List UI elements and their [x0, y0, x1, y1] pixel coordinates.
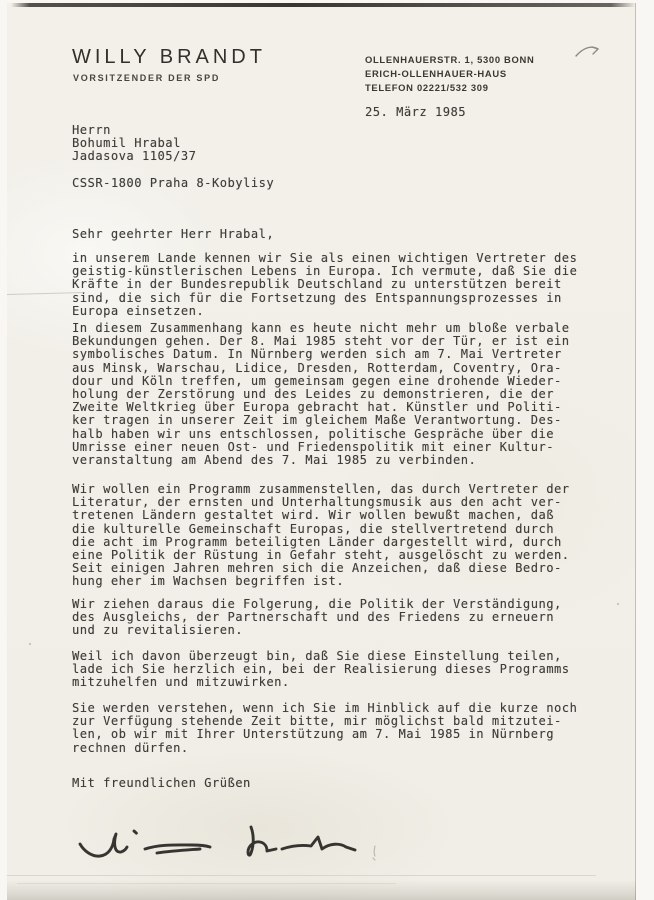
pencil-small-mark [370, 845, 380, 861]
pencil-corner-mark [573, 39, 605, 65]
paper-right-edge-line [635, 3, 636, 900]
scan-speck [29, 643, 31, 645]
scanned-letter: WILLY BRANDT VORSITZENDER DER SPD OLLENH… [0, 0, 654, 900]
closing-salutation: Mit freundlichen Grüßen [72, 777, 251, 790]
body-paragraph-3: Wir wollen ein Programm zusammenstellen,… [72, 483, 570, 589]
letter-paper: WILLY BRANDT VORSITZENDER DER SPD OLLENH… [7, 3, 636, 900]
scan-speck [617, 603, 619, 605]
sender-address-line1: OLLENHAUERSTR. 1, 5300 BONN [365, 54, 534, 65]
sender-address-line2: ERICH-OLLENHAUER-HAUS [365, 68, 507, 79]
fold-crease-bottom-2 [17, 883, 396, 884]
recipient-city: CSSR-1800 Praha 8-Kobylisy [72, 177, 274, 190]
sender-title: VORSITZENDER DER SPD [73, 73, 220, 83]
salutation: Sehr geehrter Herr Hrabal, [72, 228, 274, 241]
sender-address-block: OLLENHAUERSTR. 1, 5300 BONNERICH-OLLENHA… [365, 53, 534, 95]
body-paragraph-5: Weil ich davon überzeugt bin, daß Sie di… [72, 650, 570, 690]
sender-name: WILLY BRANDT [72, 46, 266, 69]
sender-address-line3: TELEFON 02221/532 309 [365, 82, 489, 93]
recipient-address: Herrn Bohumil Hrabal Jadasova 1105/37 [72, 124, 196, 164]
letter-date: 25. März 1985 [365, 106, 466, 119]
signature-handwriting [73, 818, 363, 880]
body-paragraph-4: Wir ziehen daraus die Folgerung, die Pol… [72, 598, 562, 638]
paper-top-edge-shadow [11, 3, 636, 7]
body-paragraph-2: In diesem Zusammenhang kann es heute nic… [72, 322, 570, 467]
body-paragraph-6: Sie werden verstehen, wenn ich Sie im Hi… [72, 702, 577, 755]
body-paragraph-1: in unserem Lande kennen wir Sie als eine… [72, 252, 577, 318]
